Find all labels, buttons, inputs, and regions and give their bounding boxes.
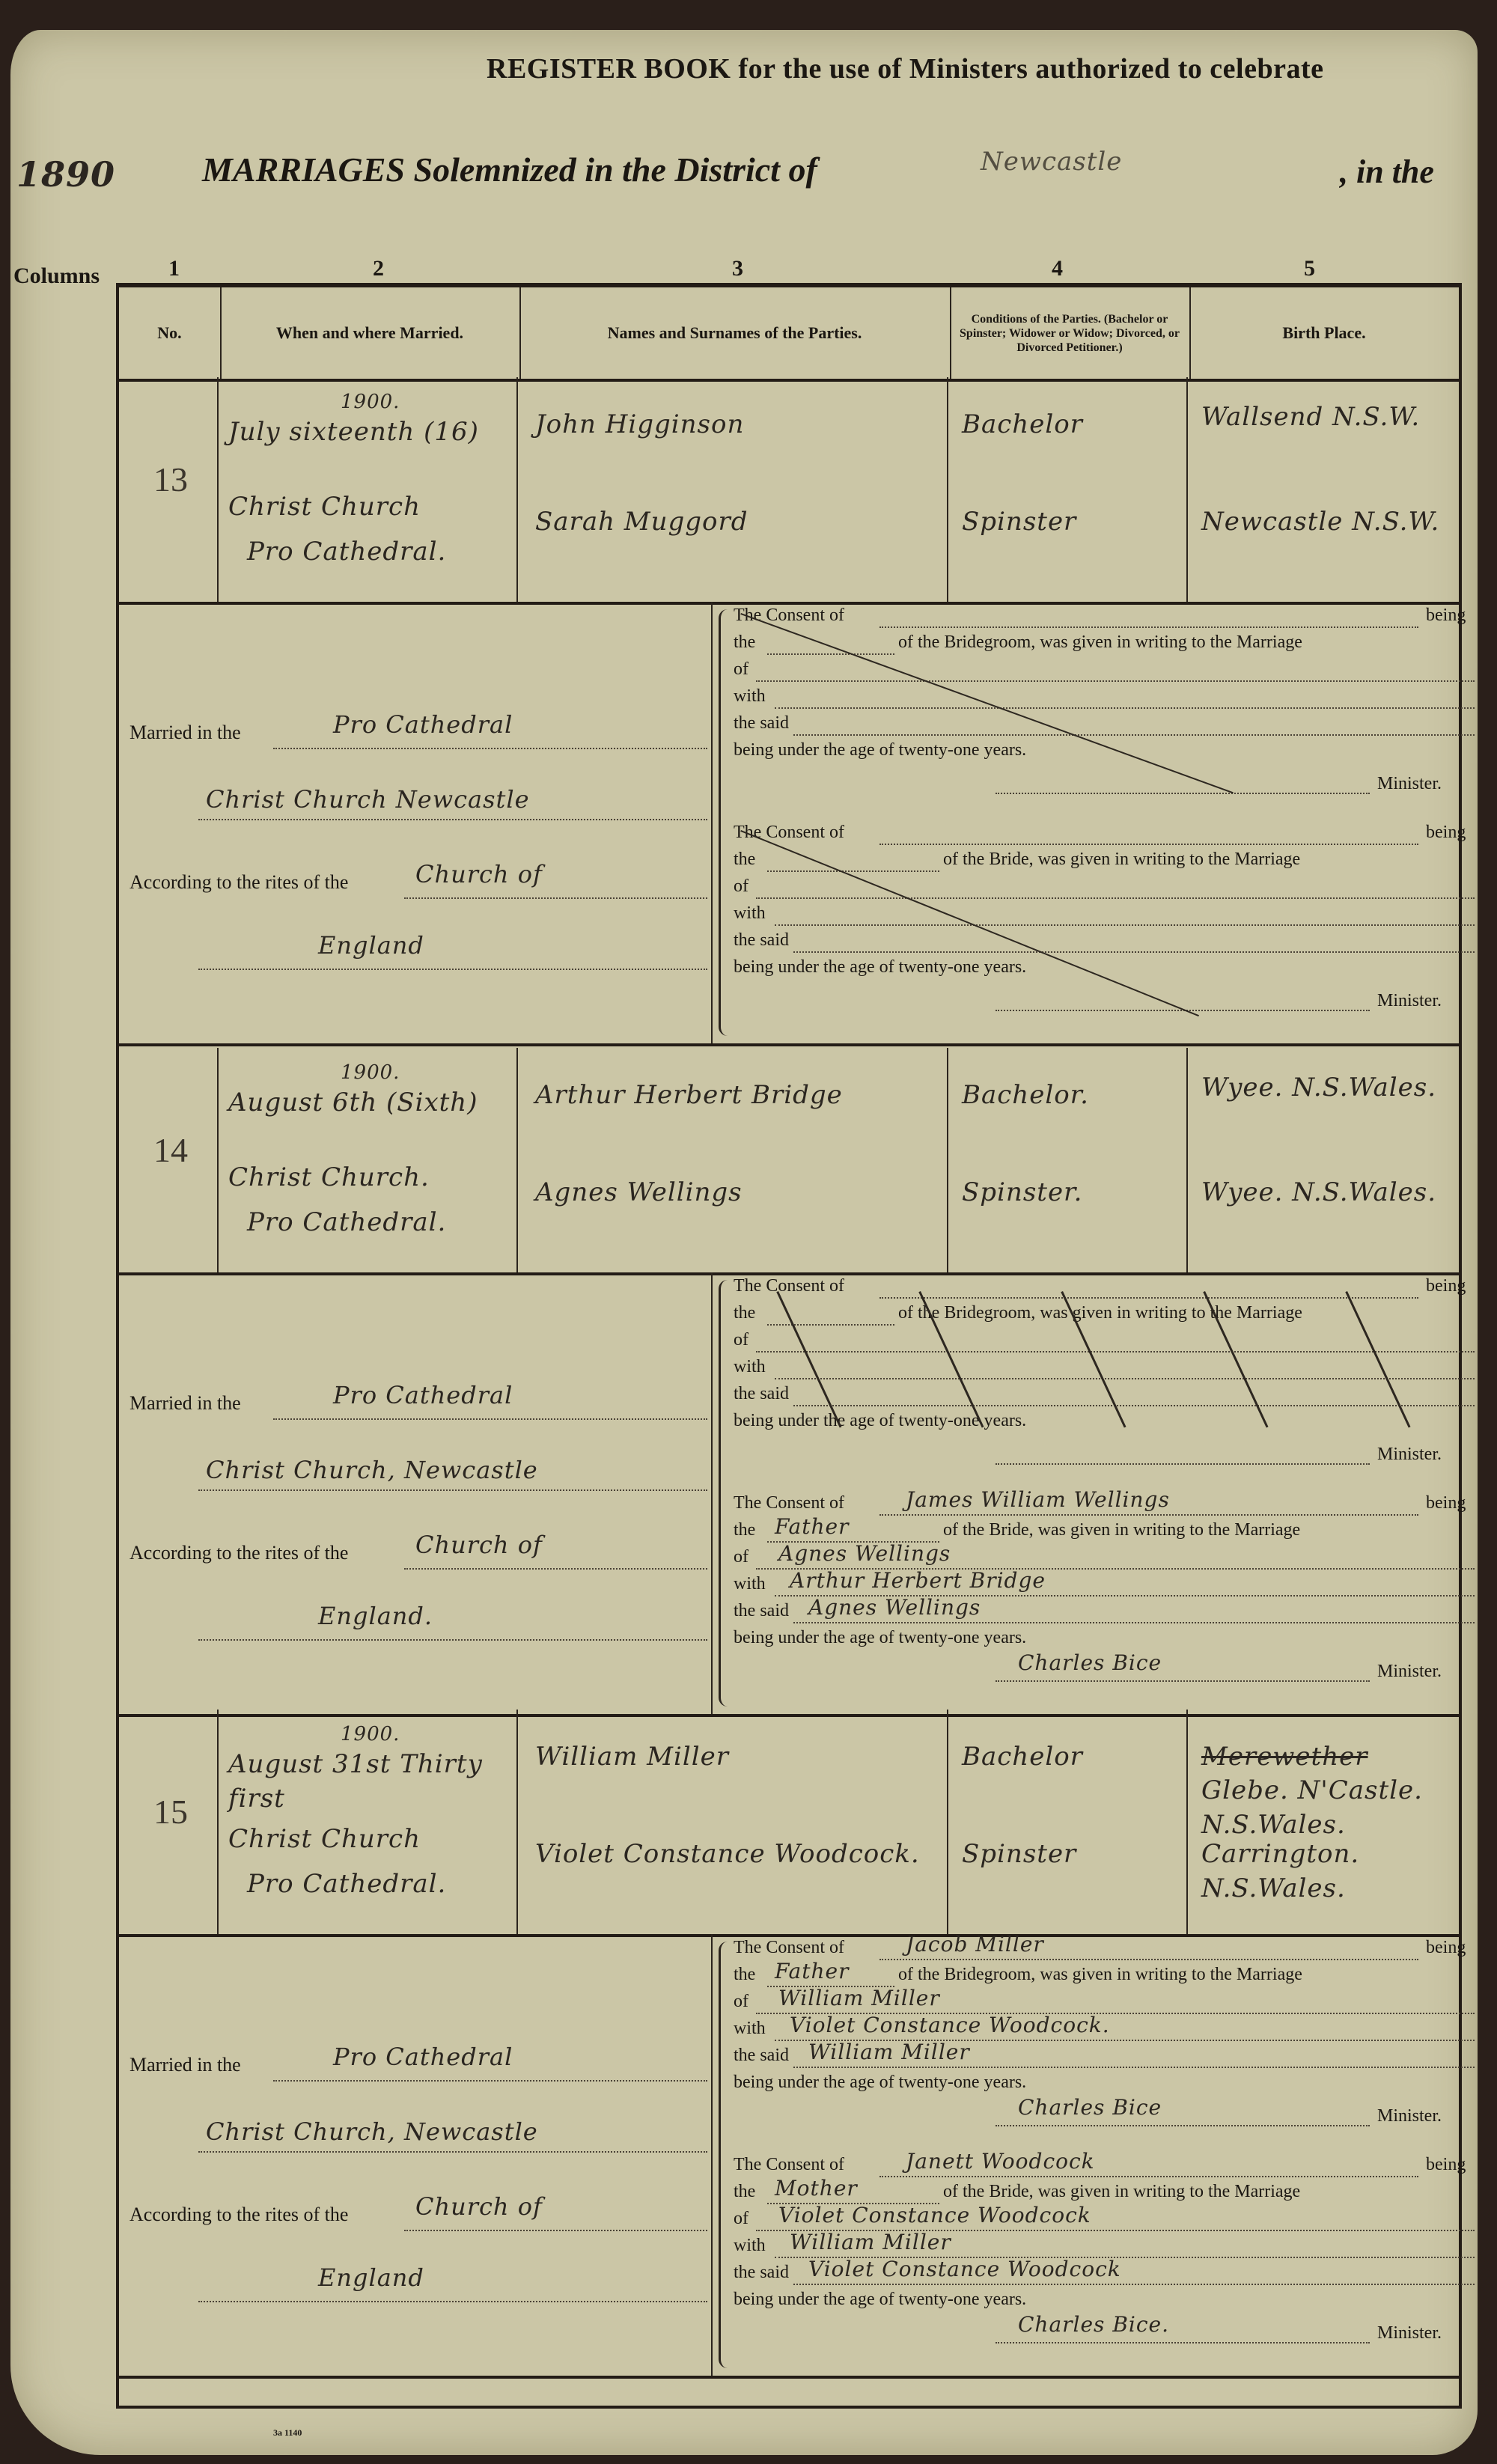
married-in-value-line2: Christ Church Newcastle	[206, 785, 530, 814]
under-age-label: being under the age of twenty-one years.	[734, 740, 1026, 760]
groom-birthplace: Glebe. N'Castle. N.S.Wales.	[1201, 1773, 1448, 1842]
column-divider	[947, 377, 948, 602]
row-divider	[116, 1934, 1459, 1937]
bride-birthplace: Wyee. N.S.Wales.	[1201, 1175, 1448, 1210]
groom-name: William Miller	[535, 1739, 729, 1774]
the-label: the	[734, 632, 755, 653]
rites-label: According to the rites of the	[129, 871, 348, 894]
the-said-label: the said	[734, 2046, 789, 2066]
the-said-line	[793, 734, 1475, 736]
married-in-label: Married in the	[129, 722, 241, 744]
consent-brace	[719, 1942, 728, 2368]
rites-line2	[198, 2301, 707, 2302]
with-label: with	[734, 2236, 766, 2256]
header-names: Names and Surnames of the Parties.	[519, 287, 950, 379]
marriage-place-line2: Pro Cathedral.	[247, 1867, 446, 1901]
groom-name: John Higginson	[535, 407, 744, 442]
entry-divider	[116, 2376, 1459, 2379]
rites-value: Church of	[415, 860, 543, 888]
with-line	[775, 1378, 1475, 1379]
consent-of-label: The Consent of	[734, 1938, 844, 1958]
header-birth-place: Birth Place.	[1189, 287, 1459, 379]
consent-brace	[719, 1280, 728, 1707]
minister-label: Minister.	[1377, 2323, 1442, 2343]
the-said-line	[793, 951, 1475, 953]
the-said-label: the said	[734, 713, 789, 734]
bride-name: Sarah Muggord	[535, 504, 748, 539]
rites-label: According to the rites of the	[129, 2204, 348, 2226]
married-in-label: Married in the	[129, 2054, 241, 2076]
entry-number: 13	[153, 460, 188, 499]
of-label: of	[734, 1992, 748, 2012]
rites-line	[404, 897, 707, 899]
of-label: of	[734, 1330, 748, 1350]
rites-line2	[198, 1639, 707, 1641]
print-code: 3a 1140	[273, 2427, 302, 2439]
groom-birthplace: Wallsend N.S.W.	[1201, 400, 1448, 434]
entry-number: 15	[153, 1792, 188, 1832]
consent-of-label: The Consent of	[734, 1493, 844, 1513]
relation-value: Father	[775, 1959, 849, 1983]
column-divider	[947, 1710, 948, 1934]
consent-of-line	[879, 844, 1418, 845]
with-label: with	[734, 2019, 766, 2039]
rites-value-line2: England	[318, 2263, 424, 2292]
married-in-line2	[198, 2151, 707, 2153]
with-value: William Miller	[790, 2230, 951, 2254]
the-said-value: Agnes Wellings	[808, 1595, 981, 1620]
under-age-label: being under the age of twenty-one years.	[734, 957, 1026, 978]
consent-of-line	[879, 1959, 1418, 1960]
minister-label: Minister.	[1377, 1662, 1442, 1682]
column-divider	[217, 1710, 219, 1934]
the-said-value: Violet Constance Woodcock	[808, 2257, 1121, 2281]
row-divider	[116, 602, 1459, 605]
the-said-line	[793, 1622, 1475, 1623]
given-in-writing-label: of the Bride, was given in writing to th…	[943, 2182, 1300, 2202]
district-name: Newcastle	[981, 147, 1122, 177]
column-number-2: 2	[373, 256, 384, 281]
consent-of-value: Janett Woodcock	[906, 2149, 1095, 2174]
bride-condition: Spinster	[962, 504, 1076, 539]
being-label: being	[1426, 606, 1466, 626]
minister-label: Minister.	[1377, 991, 1442, 1011]
with-label: with	[734, 686, 766, 707]
rites-label: According to the rites of the	[129, 1542, 348, 1564]
the-said-line	[793, 1405, 1475, 1406]
consent-of-line	[879, 1297, 1418, 1299]
minister-line	[996, 793, 1370, 794]
with-value: Arthur Herbert Bridge	[790, 1568, 1046, 1593]
of-value: William Miller	[778, 1986, 940, 2010]
consent-of-line	[879, 2176, 1418, 2177]
of-label: of	[734, 659, 748, 680]
column-divider	[516, 1710, 518, 1934]
entry-number: 14	[153, 1130, 188, 1170]
with-value: Violet Constance Woodcock.	[790, 2013, 1110, 2037]
marriage-place-line1: Christ Church.	[228, 1160, 430, 1195]
register-book-title: REGISTER BOOK for the use of Ministers a…	[487, 52, 1323, 85]
minister-label: Minister.	[1377, 774, 1442, 794]
with-line	[775, 924, 1475, 926]
groom-name: Arthur Herbert Bridge	[535, 1078, 843, 1112]
groom-condition: Bachelor.	[962, 1078, 1089, 1112]
marriage-date: August 31st Thirty first	[228, 1747, 505, 1816]
entry-divider	[116, 1043, 1459, 1046]
table-header: No. When and where Married. Names and Su…	[119, 287, 1459, 382]
column-divider	[217, 377, 219, 602]
with-label: with	[734, 1357, 766, 1377]
being-label: being	[1426, 1938, 1466, 1958]
printed-year: 1890	[16, 154, 115, 195]
relation-line	[767, 870, 939, 872]
consent-divider	[711, 1272, 713, 1714]
minister-line	[996, 1680, 1370, 1682]
given-in-writing-label: of the Bridegroom, was given in writing …	[898, 1965, 1302, 1985]
married-in-value-line2: Christ Church, Newcastle	[206, 2117, 538, 2146]
column-divider	[1186, 1710, 1188, 1934]
groom-birthplace: Wyee. N.S.Wales.	[1201, 1070, 1448, 1105]
the-said-value: William Miller	[808, 2040, 970, 2064]
rites-line	[404, 1568, 707, 1570]
under-age-label: being under the age of twenty-one years.	[734, 1628, 1026, 1648]
relation-line	[767, 1324, 894, 1326]
minister-signature: Charles Bice	[1018, 1650, 1162, 1675]
column-divider	[516, 1048, 518, 1272]
marriage-date: August 6th (Sixth)	[228, 1085, 505, 1120]
being-label: being	[1426, 1276, 1466, 1296]
married-in-line2	[198, 1489, 707, 1491]
the-said-label: the said	[734, 930, 789, 951]
column-number-3: 3	[732, 256, 743, 281]
married-in-value: Pro Cathedral	[333, 2043, 513, 2071]
under-age-label: being under the age of twenty-one years.	[734, 2073, 1026, 2093]
of-line	[756, 1351, 1475, 1353]
header-conditions: Conditions of the Parties. (Bachelor or …	[950, 287, 1189, 379]
bride-birthplace: Carrington. N.S.Wales.	[1201, 1837, 1448, 1906]
with-label: with	[734, 1574, 766, 1594]
married-in-line2	[198, 819, 707, 820]
married-in-line	[273, 748, 707, 749]
the-label: the	[734, 850, 755, 870]
bride-birthplace: Newcastle N.S.W.	[1201, 504, 1448, 539]
rites-line2	[198, 969, 707, 970]
columns-label: Columns	[13, 263, 100, 289]
rites-value: Church of	[415, 1531, 543, 1559]
the-label: the	[734, 1520, 755, 1540]
being-label: being	[1426, 2155, 1466, 2175]
the-label: the	[734, 1303, 755, 1323]
entry-divider	[116, 1714, 1459, 1717]
column-divider	[217, 1048, 219, 1272]
column-number-5: 5	[1304, 256, 1315, 281]
consent-divider	[711, 602, 713, 1043]
being-label: being	[1426, 823, 1466, 843]
marriage-place-line1: Christ Church	[228, 490, 421, 524]
relation-line	[767, 653, 894, 655]
consent-of-label: The Consent of	[734, 1276, 844, 1296]
of-value: Violet Constance Woodcock	[778, 2203, 1091, 2227]
bride-condition: Spinster	[962, 1837, 1076, 1871]
given-in-writing-label: of the Bridegroom, was given in writing …	[898, 1303, 1302, 1323]
column-divider	[947, 1048, 948, 1272]
of-label: of	[734, 2209, 748, 2229]
being-label: being	[1426, 1493, 1466, 1513]
column-number-4: 4	[1052, 256, 1063, 281]
marriage-place-line2: Pro Cathedral.	[247, 534, 446, 569]
marriages-title: MARRIAGES Solemnized in the District of	[202, 150, 817, 189]
married-in-value: Pro Cathedral	[333, 710, 513, 739]
married-in-value: Pro Cathedral	[333, 1381, 513, 1409]
consent-of-line	[879, 1514, 1418, 1516]
groom-condition: Bachelor	[962, 1739, 1083, 1774]
minister-line	[996, 2342, 1370, 2343]
row-divider	[116, 1272, 1459, 1275]
rites-value-line2: England	[318, 931, 424, 960]
with-label: with	[734, 903, 766, 924]
consent-of-line	[879, 626, 1418, 628]
the-label: the	[734, 1965, 755, 1985]
minister-label: Minister.	[1377, 1445, 1442, 1465]
bride-name: Agnes Wellings	[535, 1175, 743, 1210]
consent-of-label: The Consent of	[734, 823, 844, 843]
consent-divider	[711, 1934, 713, 2376]
married-in-value-line2: Christ Church, Newcastle	[206, 1456, 538, 1484]
column-divider	[1186, 377, 1188, 602]
married-in-label: Married in the	[129, 1392, 241, 1415]
of-label: of	[734, 876, 748, 897]
minister-signature: Charles Bice.	[1018, 2312, 1169, 2337]
married-in-line	[273, 1418, 707, 1420]
header-no: No.	[119, 287, 220, 379]
consent-brace	[719, 609, 728, 1036]
bride-condition: Spinster.	[962, 1175, 1082, 1210]
rites-value: Church of	[415, 2192, 543, 2221]
column-divider	[1186, 1048, 1188, 1272]
groom-condition: Bachelor	[962, 407, 1083, 442]
the-label: the	[734, 2182, 755, 2202]
consent-of-label: The Consent of	[734, 2155, 844, 2175]
bride-name: Violet Constance Woodcock.	[535, 1837, 920, 1871]
column-number-1: 1	[168, 256, 180, 281]
groom-birthplace-struck: Merewether	[1201, 1739, 1368, 1774]
header-when-where: When and where Married.	[220, 287, 519, 379]
with-line	[775, 707, 1475, 709]
relation-value: Mother	[775, 2176, 858, 2201]
under-age-label: being under the age of twenty-one years.	[734, 2290, 1026, 2310]
rites-line	[404, 2230, 707, 2231]
given-in-writing-label: of the Bride, was given in writing to th…	[943, 1520, 1300, 1540]
given-in-writing-label: of the Bridegroom, was given in writing …	[898, 632, 1302, 653]
married-in-line	[273, 2080, 707, 2082]
the-said-label: the said	[734, 1384, 789, 1404]
minister-label: Minister.	[1377, 2106, 1442, 2126]
relation-value: Father	[775, 1514, 849, 1539]
minister-line	[996, 1463, 1370, 1465]
the-said-label: the said	[734, 1601, 789, 1621]
minister-signature: Charles Bice	[1018, 2095, 1162, 2120]
rites-value-line2: England.	[318, 1602, 433, 1630]
in-the-label: , in the	[1340, 153, 1434, 191]
marriage-place-line2: Pro Cathedral.	[247, 1205, 446, 1239]
marriage-date: July sixteenth (16)	[228, 415, 505, 449]
consent-of-value: James William Wellings	[906, 1487, 1170, 1512]
minister-line	[996, 2125, 1370, 2126]
consent-of-value: Jacob Miller	[906, 1932, 1044, 1957]
given-in-writing-label: of the Bride, was given in writing to th…	[943, 850, 1300, 870]
column-divider	[516, 377, 518, 602]
the-said-line	[793, 2067, 1475, 2068]
the-said-label: the said	[734, 2263, 789, 2283]
under-age-label: being under the age of twenty-one years.	[734, 1411, 1026, 1431]
of-line	[756, 897, 1475, 899]
of-value: Agnes Wellings	[778, 1541, 951, 1566]
of-label: of	[734, 1547, 748, 1567]
of-line	[756, 680, 1475, 682]
the-said-line	[793, 2284, 1475, 2285]
marriage-place-line1: Christ Church	[228, 1822, 421, 1856]
